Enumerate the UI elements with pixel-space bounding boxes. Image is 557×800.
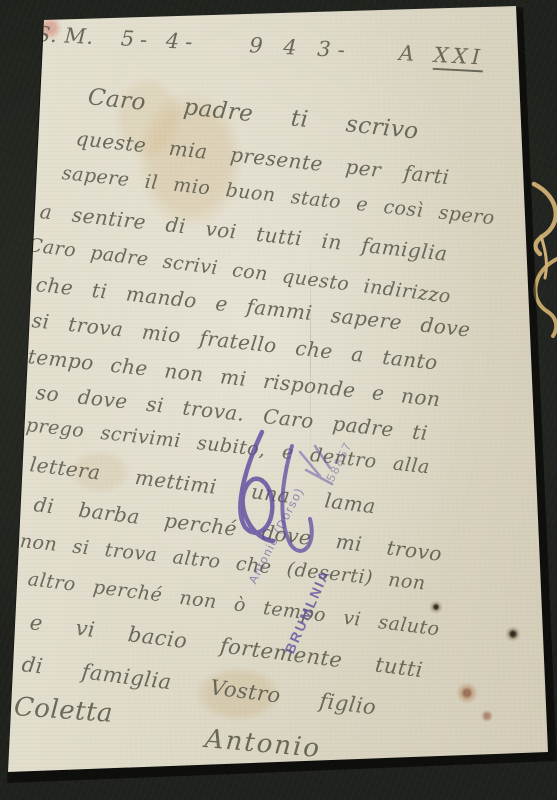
photo-of-postcard: S. M. 5- 4- 9 4 3- A XXI Caro padre ti s…: [0, 0, 557, 800]
postcard: S. M. 5- 4- 9 4 3- A XXI Caro padre ti s…: [0, 0, 557, 800]
string-curve-top: [534, 184, 556, 254]
paraph-loop: [240, 432, 273, 541]
purple-paraph: [0, 0, 557, 800]
